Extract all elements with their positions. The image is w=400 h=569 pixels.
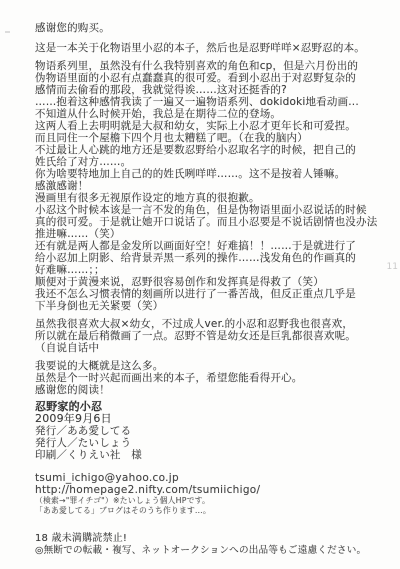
paragraph-closing: 我要说的大概就是这么多。 虽然是个一时兴起而画出来的本子，希望您能看得开心。 感… bbox=[35, 360, 375, 396]
website-url: http://homepage2.nifty.com/tsumiichigo/ bbox=[35, 485, 375, 497]
page-edge-mark: 11 bbox=[387, 262, 398, 272]
afterword-line: 推进嘛……（笑） bbox=[35, 228, 375, 240]
afterword-line: 这是一本关于化物语里小忍的本子，然后也是忍野咩咩×忍野忍的本。 bbox=[35, 42, 375, 54]
email-address: tsumi_ichigo@yahoo.co.jp bbox=[35, 473, 375, 485]
age-warning: 18 歳未満購読禁止! bbox=[35, 533, 375, 545]
afterword-line: 这两人看上去明明就是大叔和幼女，实际上小忍才更年长和可爱捏。 bbox=[35, 120, 375, 132]
afterword-text-block: 感谢您的购买。 这是一本关于化物语里小忍的本子，然后也是忍野咩咩×忍野忍的本。 … bbox=[35, 22, 375, 557]
afterword-line: 你为啥要特地加上自己的的姓氏咧咩咩……。这不是按着人锤嘛。 bbox=[35, 168, 375, 180]
afterword-line: 物语系列里，虽然没有什么我特别喜欢的角色和cp，但是六月份出的 bbox=[35, 60, 375, 72]
paragraph-expressions: 我还不怎么习惯表情的刻画所以进行了一番苦战，但反正重点几乎是 下半身倒也无关紧要… bbox=[35, 288, 375, 312]
paragraph-pair: 这两人看上去明明就是大叔和幼女，实际上小忍才更年长和可爱捏。 而且同住一个屋檐下… bbox=[35, 120, 375, 144]
paragraph-creation: 顺便对于黄漫来说，忍野很容易创作和发挥真是得救了（笑） bbox=[35, 276, 375, 288]
blog-note: 「ああ愛してる」ブログはそのうち作ります…。 bbox=[35, 506, 375, 516]
afterword-line: 真的很可爱。于是就让她开口说话了。而且小忍要是不说话剧情也没办法 bbox=[35, 216, 375, 228]
afterword-line: 不过最让人心跳的地方还是要数忍野给小忍取名字的时候，把自己的 bbox=[35, 144, 375, 156]
paragraph-intro: 这是一本关于化物语里小忍的本子，然后也是忍野咩咩×忍野忍的本。 bbox=[35, 42, 375, 54]
paragraph-blonde: 还有就是两人都是金发所以画面好空！好难搞！！……于是就进行了 给小忍加上阴影、给… bbox=[35, 240, 375, 276]
afterword-line: 所以就在最后稍微画了一点。忍野不管是幼女还是巨乳都很喜欢呢。 bbox=[35, 330, 375, 342]
notice-block: 18 歳未満購読禁止! ◎無断での転載・複写、ネットオークションへの出品等もご遠… bbox=[35, 533, 375, 557]
paragraph-gratitude: 感激感谢！ bbox=[35, 180, 375, 192]
afterword-line: 虽然是个一时兴起而画出来的本子，希望您能看得开心。 bbox=[35, 372, 375, 384]
afterword-line: 我要说的大概就是这么多。 bbox=[35, 360, 375, 372]
afterword-line: 不知道从什么时候开始，我总是在期待二位的登场。 bbox=[35, 108, 375, 120]
afterword-line: 我还不怎么习惯表情的刻画所以进行了一番苦战，但反正重点几乎是 bbox=[35, 288, 375, 300]
paragraph-surname: 你为啥要特地加上自己的的姓氏咧咩咩……。这不是按着人锤嘛。 bbox=[35, 168, 375, 180]
paragraph-adult-ver: 虽然我很喜欢大叔×幼女，不过成人ver.的小忍和忍野我也很喜欢， 所以就在最后稍… bbox=[35, 318, 375, 354]
printer: 印刷／くりえい社 様 bbox=[35, 449, 375, 461]
afterword-line: 而且同住一个屋檐下四个月也太糟糕了吧。（在我的脑内） bbox=[35, 132, 375, 144]
publisher-circle: 発行／ああ愛してる bbox=[35, 425, 375, 437]
afterword-line: 感谢您的阅读！ bbox=[35, 384, 375, 396]
paragraph-rewatch: ……抱着这种感情我读了一遍又一遍物语系列、dokidoki地看动画... 不知道… bbox=[35, 96, 375, 120]
afterword-line: ……抱着这种感情我读了一遍又一遍物语系列、dokidoki地看动画... bbox=[35, 96, 375, 108]
publish-date: 2009年9月6日 bbox=[35, 413, 375, 425]
afterword-line: 漫画里有很多无视原作设定的地方真的很抱歉。 bbox=[35, 192, 375, 204]
afterword-line: 小忍这个时候本该是一言不发的角色，但是伪物语里面小忍说话的时候 bbox=[35, 204, 375, 216]
scanned-afterword-page: 11 感谢您的购买。 这是一本关于化物语里小忍的本子，然后也是忍野咩咩×忍野忍的… bbox=[0, 0, 400, 569]
afterword-line: 顺便对于黄漫来说，忍野很容易创作和发挥真是得救了（笑） bbox=[35, 276, 375, 288]
paragraph-naming: 不过最让人心跳的地方还是要数忍野给小忍取名字的时候，把自己的 姓氏给了对方……。 bbox=[35, 144, 375, 168]
afterword-line: 感谢您的购买。 bbox=[35, 22, 375, 34]
afterword-line: 还有就是两人都是金发所以画面好空！好难搞！！……于是就进行了 bbox=[35, 240, 375, 252]
afterword-line: 姓氏给了对方……。 bbox=[35, 156, 375, 168]
search-hint-note: （検索→"罪イチゴ"）※たいしょう個人HPです。 bbox=[35, 496, 375, 506]
afterword-line: 伪物语里面的小忍有点蠢蠢真的很可爱。看到小忍出于对忍野复杂的 bbox=[35, 72, 375, 84]
copyright-notice: ◎無断での転載・複写、ネットオークションへの出品等もご遠慮ください。 bbox=[35, 545, 375, 557]
paragraph-speaking: 小忍这个时候本该是一言不发的角色，但是伪物语里面小忍说话的时候 真的很可爱。于是… bbox=[35, 204, 375, 240]
afterword-line: 虽然我很喜欢大叔×幼女，不过成人ver.的小忍和忍野我也很喜欢， bbox=[35, 318, 375, 330]
paragraph-series-impression: 物语系列里，虽然没有什么我特别喜欢的角色和cp，但是六月份出的 伪物语里面的小忍… bbox=[35, 60, 375, 96]
paragraph-apology: 漫画里有很多无视原作设定的地方真的很抱歉。 bbox=[35, 192, 375, 204]
colophon: 忍野家的小忍 2009年9月6日 発行／ああ愛してる 発行人／たいしょう 印刷／… bbox=[35, 401, 375, 461]
afterword-line: 给小忍加上阴影、给背景弄黑一系列的操作……浅发角色的作画真的 bbox=[35, 252, 375, 264]
scan-artifact-speck bbox=[5, 31, 10, 33]
afterword-line: 感情而去偷看的那段，我就觉得诶……这对还挺香的? bbox=[35, 84, 375, 96]
afterword-line: 下半身倒也无关紧要（笑） bbox=[35, 300, 375, 312]
contact-block: tsumi_ichigo@yahoo.co.jp http://homepage… bbox=[35, 473, 375, 516]
publisher-person: 発行人／たいしょう bbox=[35, 437, 375, 449]
paragraph-thanks: 感谢您的购买。 bbox=[35, 22, 375, 34]
afterword-line: （自说自话中 bbox=[35, 342, 375, 354]
afterword-line: 感激感谢！ bbox=[35, 180, 375, 192]
afterword-line: 好难嘛……；； bbox=[35, 264, 375, 276]
